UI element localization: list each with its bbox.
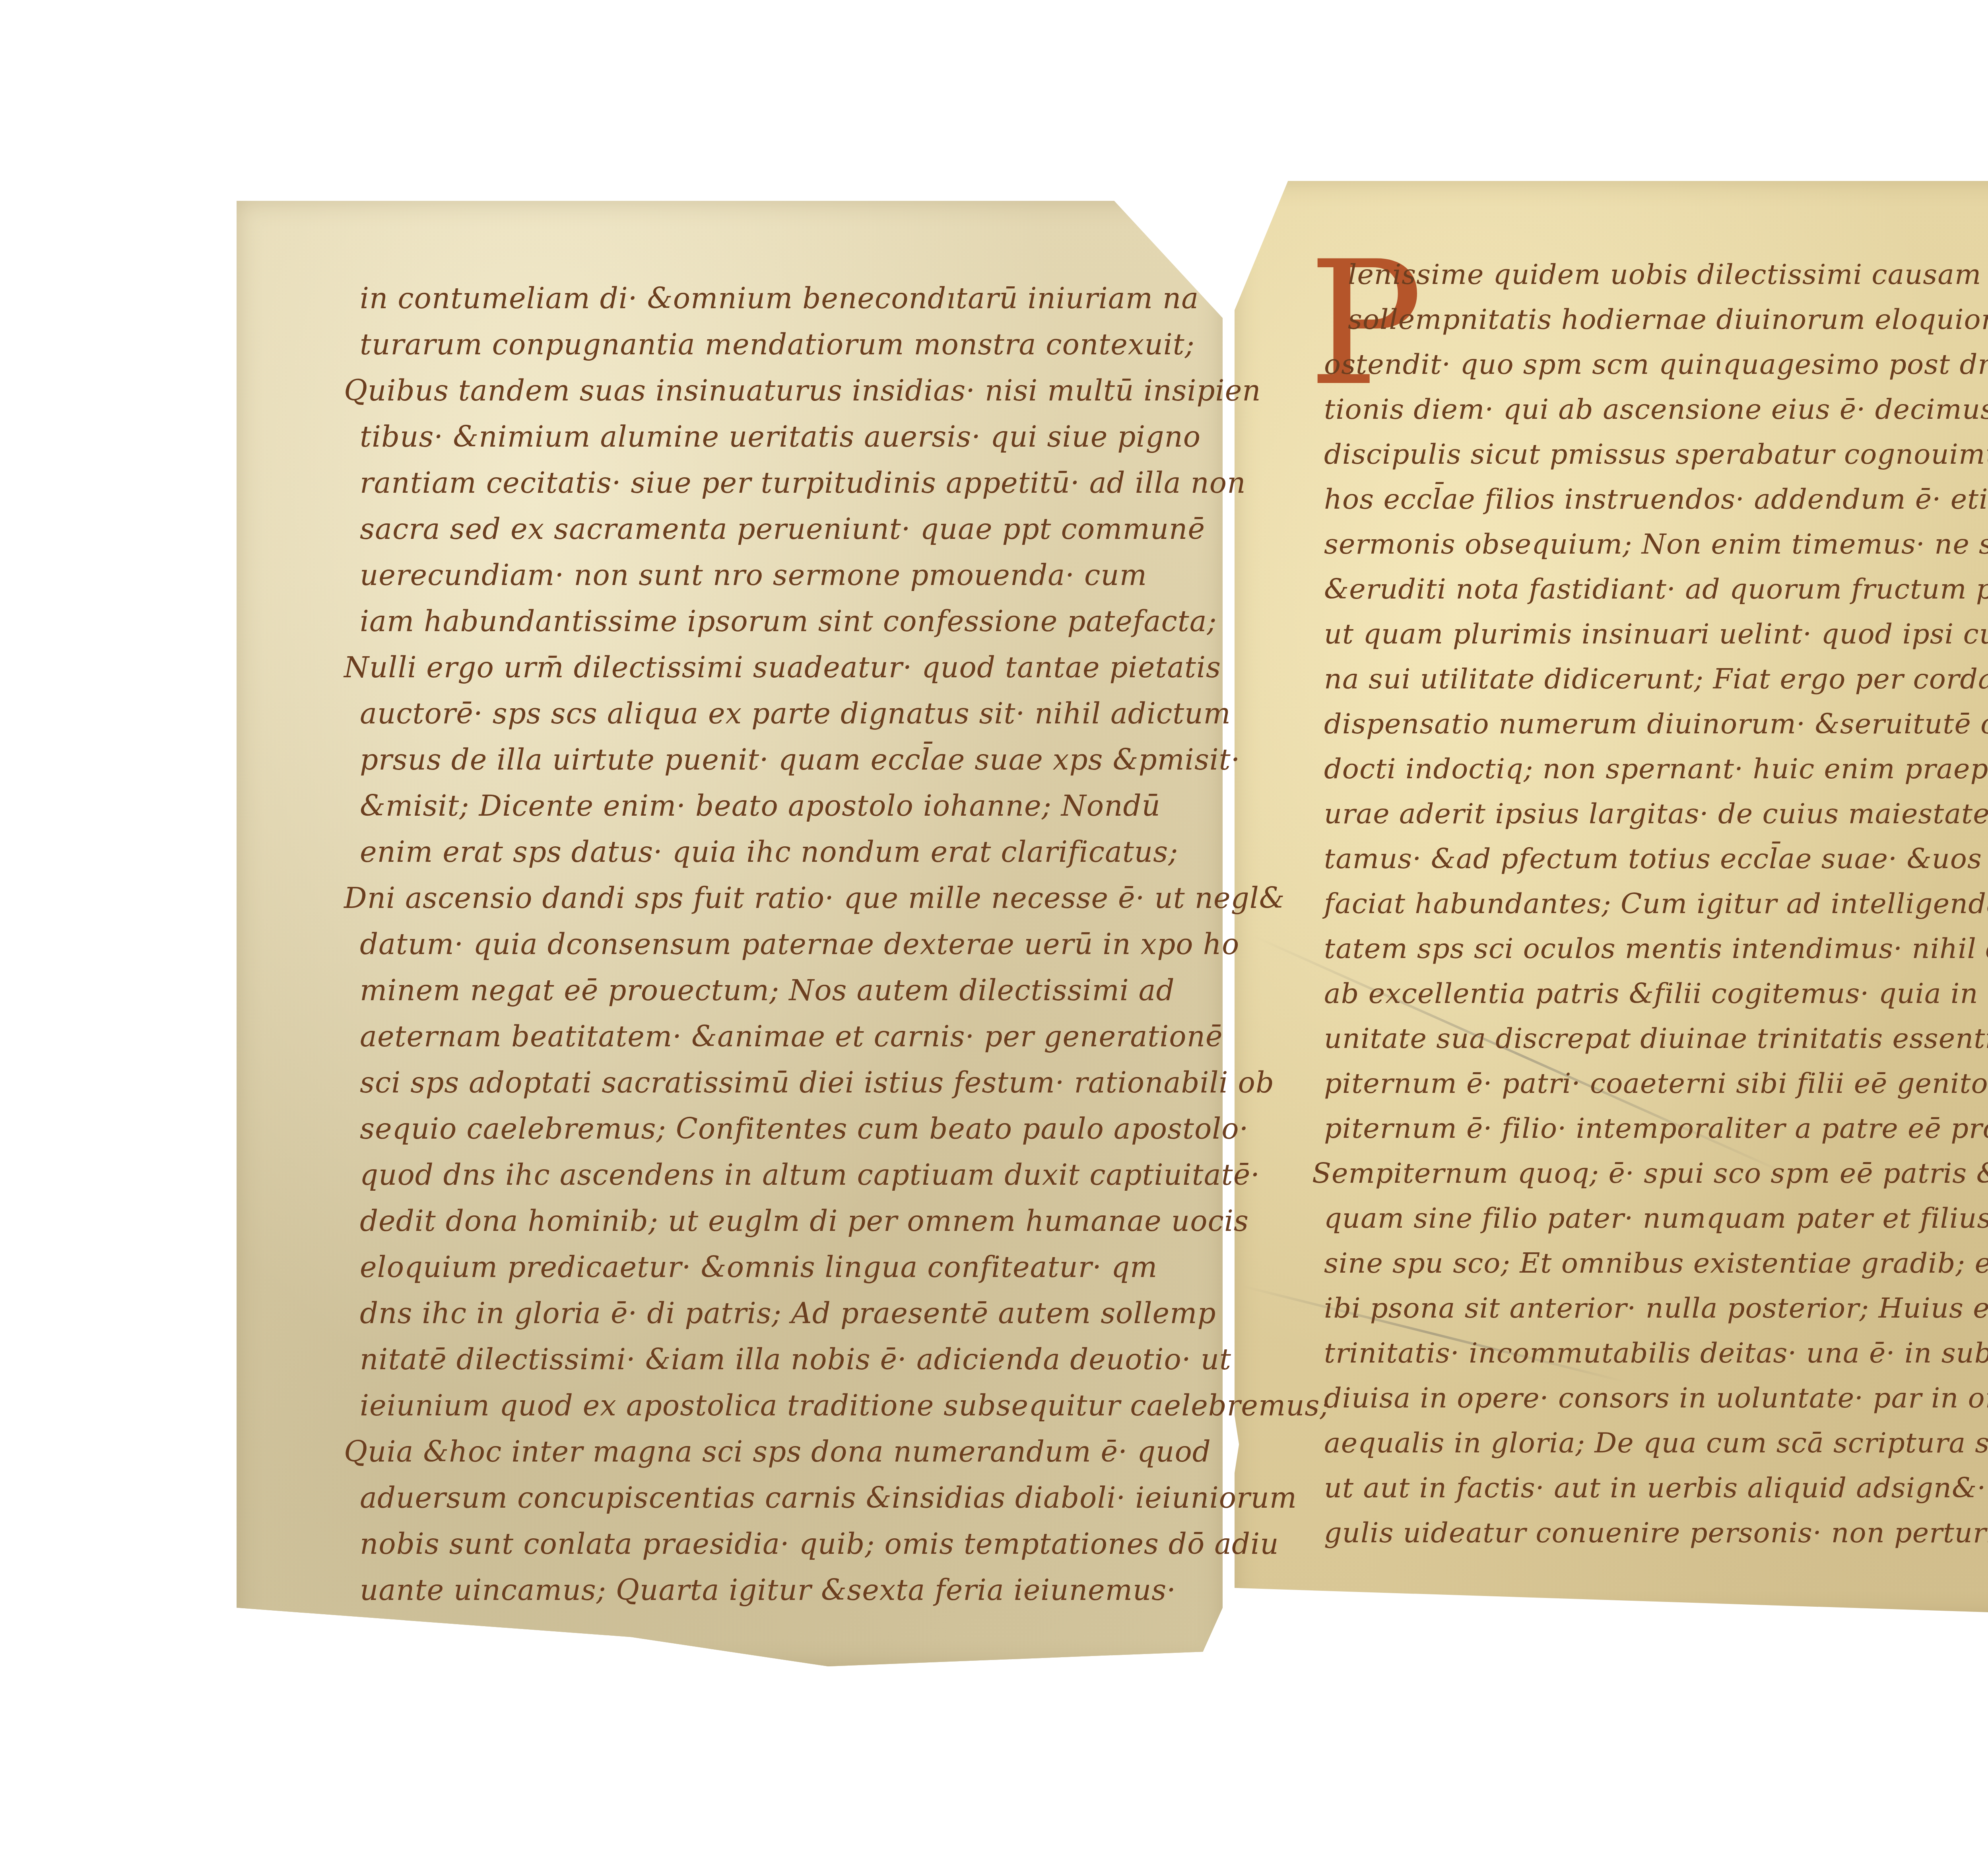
- text-line: tamus· &ad pfectum totius eccl̄ae suae· …: [1324, 839, 1988, 879]
- text-line: aduersum concupiscentias carnis &insidia…: [360, 1478, 1297, 1518]
- text-line: lenissime quidem uobis dilectissimi caus…: [1348, 255, 1988, 294]
- text-line: uante uincamus; Quarta igitur &sexta fer…: [360, 1570, 1176, 1610]
- text-line: ibi psona sit anterior· nulla posterior;…: [1324, 1288, 1988, 1328]
- text-line: quod dns ihc ascendens in altum captiuam…: [360, 1155, 1260, 1195]
- text-line: sollempnitatis hodiernae diuinorum eloqu…: [1348, 299, 1988, 339]
- text-line: datum· quia dconsensum paternae dexterae…: [360, 924, 1239, 964]
- text-line: sacra sed ex sacramenta perueniunt· quae…: [360, 509, 1205, 549]
- text-line: enim erat sps datus· quia ihc nondum era…: [360, 832, 1178, 872]
- text-line: ut aut in factis· aut in uerbis aliquid …: [1324, 1468, 1988, 1508]
- text-line: turarum conpugnantia mendatiorum monstra…: [360, 325, 1195, 364]
- text-line: nobis sunt conlata praesidia· quib; omis…: [360, 1524, 1279, 1564]
- text-line: sermonis obsequium; Non enim timemus· ne…: [1324, 524, 1988, 564]
- text-line: dedit dona hominib; ut euglm di per omne…: [360, 1201, 1249, 1241]
- text-line: iam habundantissime ipsorum sint confess…: [360, 601, 1217, 641]
- text-line: sequio caelebremus; Confitentes cum beat…: [360, 1109, 1249, 1149]
- text-line: ut quam plurimis insinuari uelint· quod …: [1324, 614, 1988, 654]
- text-line: Sempiternum quoq; ē· spui sco spm eē pat…: [1312, 1153, 1988, 1193]
- text-line: gulis uideatur conuenire personis· non p…: [1324, 1513, 1988, 1553]
- text-line: na sui utilitate didicerunt; Fiat ergo p…: [1324, 659, 1988, 699]
- left-page-text: in contumeliam di· &omnium benecondıtarū…: [360, 278, 1155, 1631]
- text-line: dns ihc in gloria ē· di patris; Ad praes…: [360, 1293, 1216, 1333]
- text-line: &eruditi nota fastidiant· ad quorum fruc…: [1324, 569, 1988, 609]
- text-line: minem negat eē prouectum; Nos autem dile…: [360, 970, 1175, 1010]
- text-line: ab excellentia patris &filii cogitemus· …: [1324, 974, 1988, 1013]
- text-line: aeternam beatitatem· &animae et carnis· …: [360, 1017, 1223, 1056]
- text-line: tionis diem· qui ab ascensione eius ē· d…: [1324, 389, 1988, 429]
- text-line: ostendit· quo spm scm quinquagesimo post…: [1324, 344, 1988, 384]
- text-line: docti indoctiq; non spernant· huic enim …: [1324, 749, 1988, 789]
- text-line: &misit; Dicente enim· beato apostolo ioh…: [360, 786, 1161, 826]
- text-line: Nulli ergo urm̄ dilectissimi suadeatur· …: [344, 647, 1221, 687]
- text-line: uerecundiam· non sunt nro sermone pmouen…: [360, 555, 1147, 595]
- text-line: tibus· &nimium alumine ueritatis auersis…: [360, 417, 1201, 457]
- text-line: quam sine filio pater· numquam pater et …: [1324, 1198, 1988, 1238]
- text-line: eloquium predicaetur· &omnis lingua conf…: [360, 1247, 1157, 1287]
- text-line: prsus de illa uirtute puenit· quam eccl̄…: [360, 740, 1241, 779]
- text-line: hos eccl̄ae filios instruendos· addendum…: [1324, 479, 1988, 519]
- text-line: rantiam cecitatis· siue per turpitudinis…: [360, 463, 1246, 503]
- text-line: aequalis in gloria; De qua cum scā scrip…: [1324, 1423, 1988, 1463]
- text-line: in contumeliam di· &omnium benecondıtarū…: [360, 278, 1199, 318]
- text-line: nitatē dilectissimi· &iam illa nobis ē· …: [360, 1339, 1231, 1379]
- text-line: unitate sua discrepat diuinae trinitatis…: [1324, 1019, 1988, 1058]
- text-line: sci sps adoptati sacratissimū diei istiu…: [360, 1063, 1274, 1102]
- text-line: faciat habundantes; Cum igitur ad intell…: [1324, 884, 1988, 923]
- text-line: diuisa in opere· consors in uoluntate· p…: [1324, 1378, 1988, 1418]
- text-line: ieiunium quod ex apostolica traditione s…: [360, 1386, 1330, 1425]
- text-line: piternum ē· patri· coaeterni sibi filii …: [1324, 1063, 1988, 1103]
- text-line: Quibus tandem suas insinuaturus insidias…: [344, 371, 1261, 410]
- text-line: discipulis sicut pmissus sperabatur cogn…: [1324, 434, 1988, 474]
- text-line: sine spu sco; Et omnibus existentiae gra…: [1324, 1243, 1988, 1283]
- text-line: trinitatis· incommutabilis deitas· una ē…: [1324, 1333, 1988, 1373]
- text-line: urae aderit ipsius largitas· de cuius ma…: [1324, 794, 1988, 834]
- text-line: piternum ē· filio· intemporaliter a patr…: [1324, 1108, 1988, 1148]
- text-line: auctorē· sps scs aliqua ex parte dignatu…: [360, 694, 1231, 733]
- text-line: tatem sps sci oculos mentis intendimus· …: [1324, 929, 1988, 968]
- text-line: Quia &hoc inter magna sci sps dona numer…: [344, 1432, 1211, 1471]
- text-line: Dni ascensio dandi sps fuit ratio· que m…: [344, 878, 1285, 918]
- text-line: dispensatio numerum diuinorum· &seruitut…: [1324, 704, 1988, 744]
- right-page-text: lenissime quidem uobis dilectissimi caus…: [1324, 255, 1988, 1607]
